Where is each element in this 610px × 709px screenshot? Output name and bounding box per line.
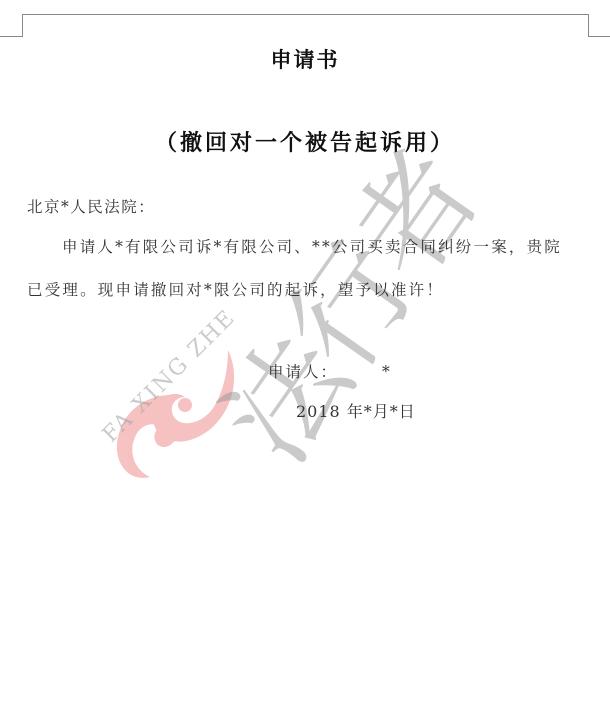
document-date: 2018 年*月*日 bbox=[296, 399, 416, 422]
watermark-text-en: FA XING ZHE bbox=[98, 305, 241, 448]
signature-label: 申请人： bbox=[268, 363, 338, 381]
swirl-logo-icon bbox=[110, 345, 240, 485]
document-subtitle: （撤回对一个被告起诉用） bbox=[0, 126, 610, 157]
page-margin-marker-right bbox=[588, 36, 610, 37]
signature-line: 申请人：* bbox=[268, 360, 392, 382]
watermark-text: 法行者 bbox=[187, 111, 513, 506]
page-margin-marker-left bbox=[0, 36, 22, 37]
page-margin-marker bbox=[22, 14, 589, 37]
body-paragraph-line-2: 已受理。现申请撤回对*限公司的起诉，望予以准许！ bbox=[27, 278, 444, 300]
addressee: 北京*人民法院： bbox=[27, 195, 155, 217]
signature-value: * bbox=[382, 363, 392, 381]
document-title: 申请书 bbox=[0, 44, 610, 74]
body-paragraph-line-1: 申请人*有限公司诉*有限公司、**公司买卖合同纠纷一案，贵院 bbox=[62, 235, 562, 257]
